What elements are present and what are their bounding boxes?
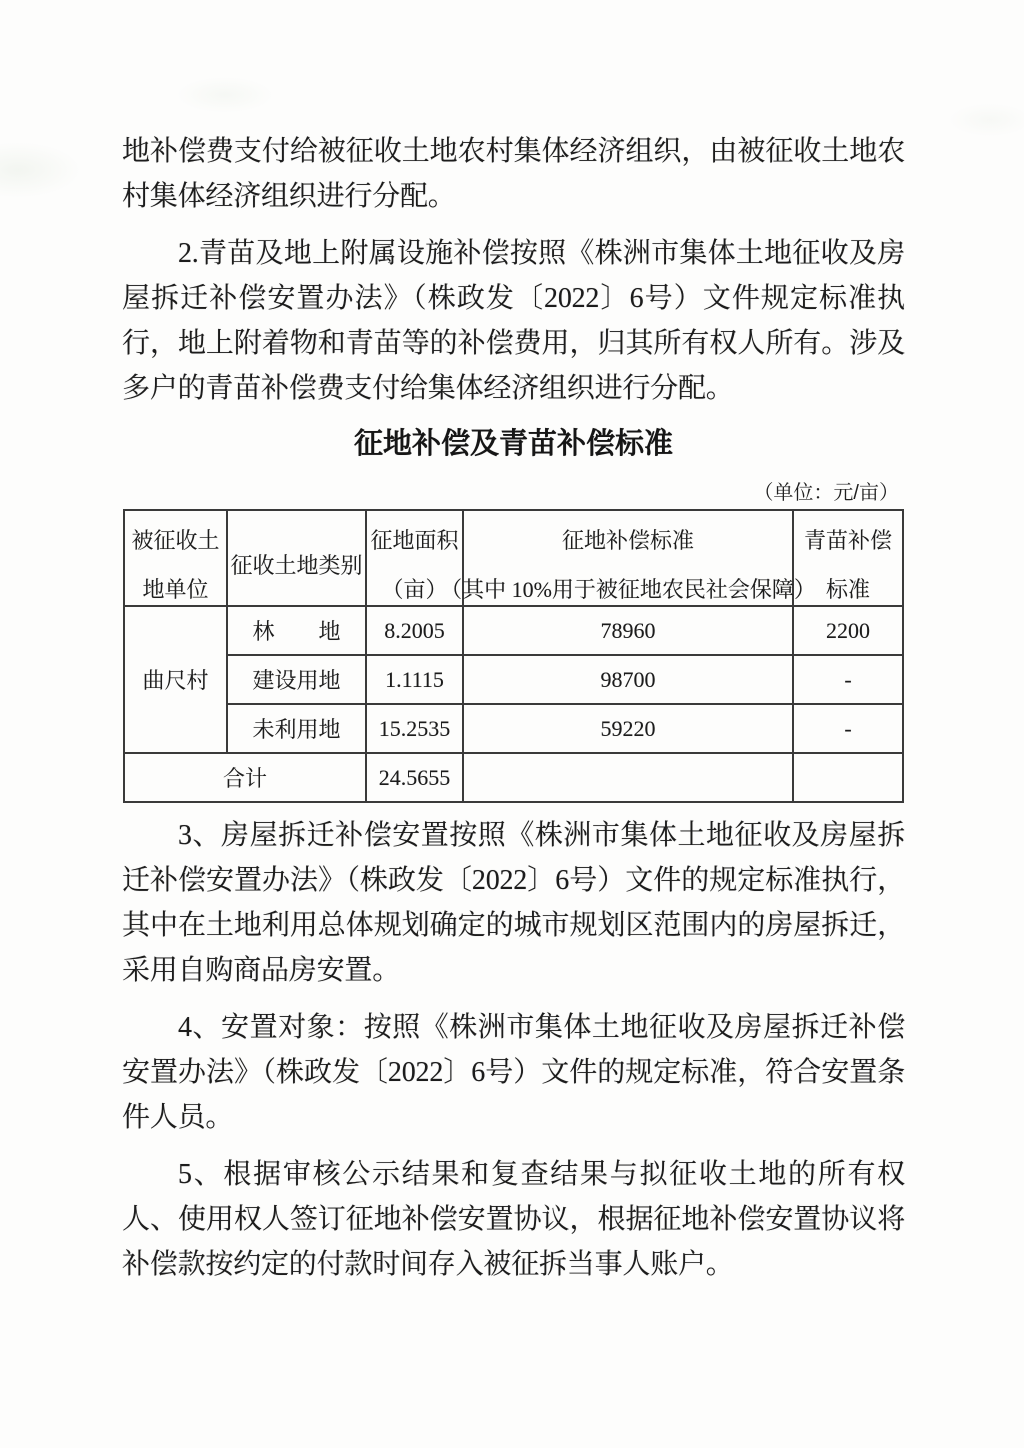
header-area-line1: 征地面积 [370,529,458,552]
document-content: 地补偿费支付给被征收土地农村集体经济组织，由被征收土地农村集体经济组织进行分配。… [122,129,905,1299]
seedling-cell: - [793,704,903,753]
header-land-type: 征收土地类别 [227,510,366,606]
standard-cell: 78960 [463,606,793,655]
table-header-row: 被征收土 地单位 征收土地类别 征地面积 （亩） [124,510,903,606]
seedling-cell: - [793,655,903,704]
area-cell: 15.2535 [366,704,463,753]
total-area-cell: 24.5655 [366,753,463,802]
paragraph-continuation: 地补偿费支付给被征收土地农村集体经济组织，由被征收土地农村集体经济组织进行分配。 [122,129,905,219]
total-standard-cell [463,753,793,802]
paragraph-item-4: 4、安置对象：按照《株洲市集体土地征收及房屋拆迁补偿安置办法》（株政发〔2022… [122,1005,905,1140]
header-standard: 征地补偿标准 （其中 10%用于被征地农民社会保障） [463,510,793,606]
table-row: 未利用地 15.2535 59220 - [124,704,903,753]
header-area-line2: （亩） [381,578,447,601]
area-cell: 8.2005 [366,606,463,655]
paragraph-item-3: 3、房屋拆迁补偿安置按照《株洲市集体土地征收及房屋拆迁补偿安置办法》（株政发〔2… [122,813,905,993]
header-seedling-line1: 青苗补偿 [804,529,892,552]
land-type-cell: 林 地 [227,606,366,655]
table-row: 建设用地 1.1115 98700 - [124,655,903,704]
table-title: 征地补偿及青苗补偿标准 [122,424,905,464]
header-land-unit: 被征收土 地单位 [124,510,227,606]
header-land-unit-line1: 被征收土 [131,529,219,552]
table-total-row: 合计 24.5655 [124,753,903,802]
unit-note: （单位：元/亩） [122,479,899,507]
area-cell: 1.1115 [366,655,463,704]
header-seedling-line2: 标准 [826,578,870,601]
village-cell: 曲尺村 [124,606,227,753]
header-standard-line1: 征地补偿标准 [562,529,694,552]
land-type-cell: 建设用地 [227,655,366,704]
standard-cell: 59220 [463,704,793,753]
land-type-cell: 未利用地 [227,704,366,753]
compensation-table: 被征收土 地单位 征收土地类别 征地面积 （亩） [123,509,904,803]
paragraph-item-2: 2.青苗及地上附属设施补偿按照《株洲市集体土地征收及房屋拆迁补偿安置办法》（株政… [122,231,905,411]
table-row: 曲尺村 林 地 8.2005 78960 2200 [124,606,903,655]
scanned-document-page: 地补偿费支付给被征收土地农村集体经济组织，由被征收土地农村集体经济组织进行分配。… [0,0,1024,1448]
seedling-cell: 2200 [793,606,903,655]
header-land-unit-line2: 地单位 [142,578,208,601]
standard-cell: 98700 [463,655,793,704]
header-land-type-label: 征收土地类别 [230,554,362,577]
header-seedling: 青苗补偿 标准 [793,510,903,606]
total-label-cell: 合计 [124,753,366,802]
total-seedling-cell [793,753,903,802]
header-standard-line2: （其中 10%用于被征地农民社会保障） [440,578,816,601]
paragraph-item-5: 5、根据审核公示结果和复查结果与拟征收土地的所有权人、使用权人签订征地补偿安置协… [122,1152,905,1287]
